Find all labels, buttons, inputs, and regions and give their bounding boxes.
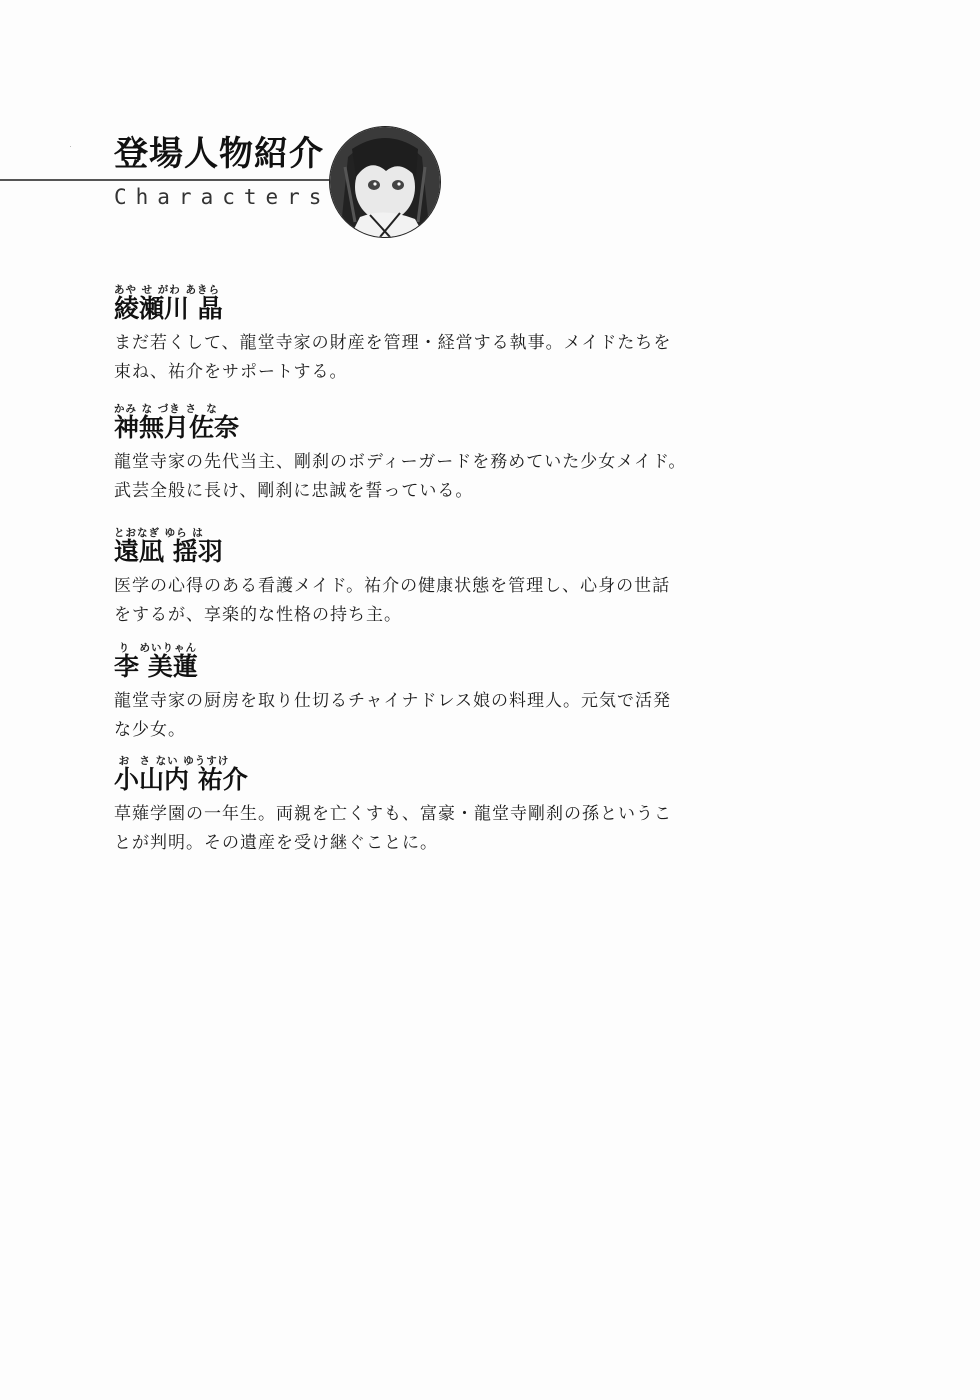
description-line: とが判明。その遺産を受け継ぐことに。	[114, 829, 734, 858]
description-line: な少女。	[114, 716, 734, 745]
title-divider	[0, 179, 332, 181]
description-line: まだ若くして、龍堂寺家の財産を管理・経営する執事。メイドたちを	[114, 329, 734, 358]
description-line: 龍堂寺家の先代当主、剛刹のボディーガードを務めていた少女メイド。	[114, 448, 734, 477]
character-description: 草薙学園の一年生。両親を亡くすも、富豪・龍堂寺剛刹の孫というこ とが判明。その遺…	[114, 800, 734, 857]
character-entry: かみ な づき さ な 神無月佐奈 龍堂寺家の先代当主、剛刹のボディーガードを務…	[114, 403, 734, 505]
character-entry: お さ ない ゆうすけ 小山内 祐介 草薙学園の一年生。両親を亡くすも、富豪・龍…	[114, 755, 734, 857]
character-description: 龍堂寺家の先代当主、剛刹のボディーガードを務めていた少女メイド。 武芸全般に長け…	[114, 448, 734, 505]
character-description: 医学の心得のある看護メイド。祐介の健康状態を管理し、心身の世話 をするが、享楽的…	[114, 572, 734, 629]
character-description: まだ若くして、龍堂寺家の財産を管理・経営する執事。メイドたちを 束ね、祐介をサポ…	[114, 329, 734, 386]
portrait-illustration-icon	[330, 127, 440, 237]
description-line: 草薙学園の一年生。両親を亡くすも、富豪・龍堂寺剛刹の孫というこ	[114, 800, 734, 829]
page-subtitle: Characters	[114, 184, 330, 210]
character-name: 遠凪 揺羽	[114, 538, 734, 566]
description-line: 束ね、祐介をサポートする。	[114, 358, 734, 387]
description-line: 龍堂寺家の厨房を取り仕切るチャイナドレス娘の料理人。元気で活発	[114, 687, 734, 716]
character-portrait	[329, 126, 441, 238]
character-name: 李 美蓮	[114, 653, 734, 681]
character-entry: り めいりゃん 李 美蓮 龍堂寺家の厨房を取り仕切るチャイナドレス娘の料理人。元…	[114, 642, 734, 744]
description-line: 武芸全般に長け、剛刹に忠誠を誓っている。	[114, 477, 734, 506]
character-name: 小山内 祐介	[114, 766, 734, 794]
character-entry: とおなぎ ゆら は 遠凪 揺羽 医学の心得のある看護メイド。祐介の健康状態を管理…	[114, 527, 734, 629]
character-description: 龍堂寺家の厨房を取り仕切るチャイナドレス娘の料理人。元気で活発 な少女。	[114, 687, 734, 744]
description-line: をするが、享楽的な性格の持ち主。	[114, 601, 734, 630]
character-name: 神無月佐奈	[114, 414, 734, 442]
description-line: 医学の心得のある看護メイド。祐介の健康状態を管理し、心身の世話	[114, 572, 734, 601]
character-name: 綾瀬川 晶	[114, 295, 734, 323]
scan-speck	[70, 146, 71, 147]
character-entry: あや せ がわ あきら 綾瀬川 晶 まだ若くして、龍堂寺家の財産を管理・経営する…	[114, 284, 734, 386]
page-title: 登場人物紹介	[114, 134, 324, 174]
